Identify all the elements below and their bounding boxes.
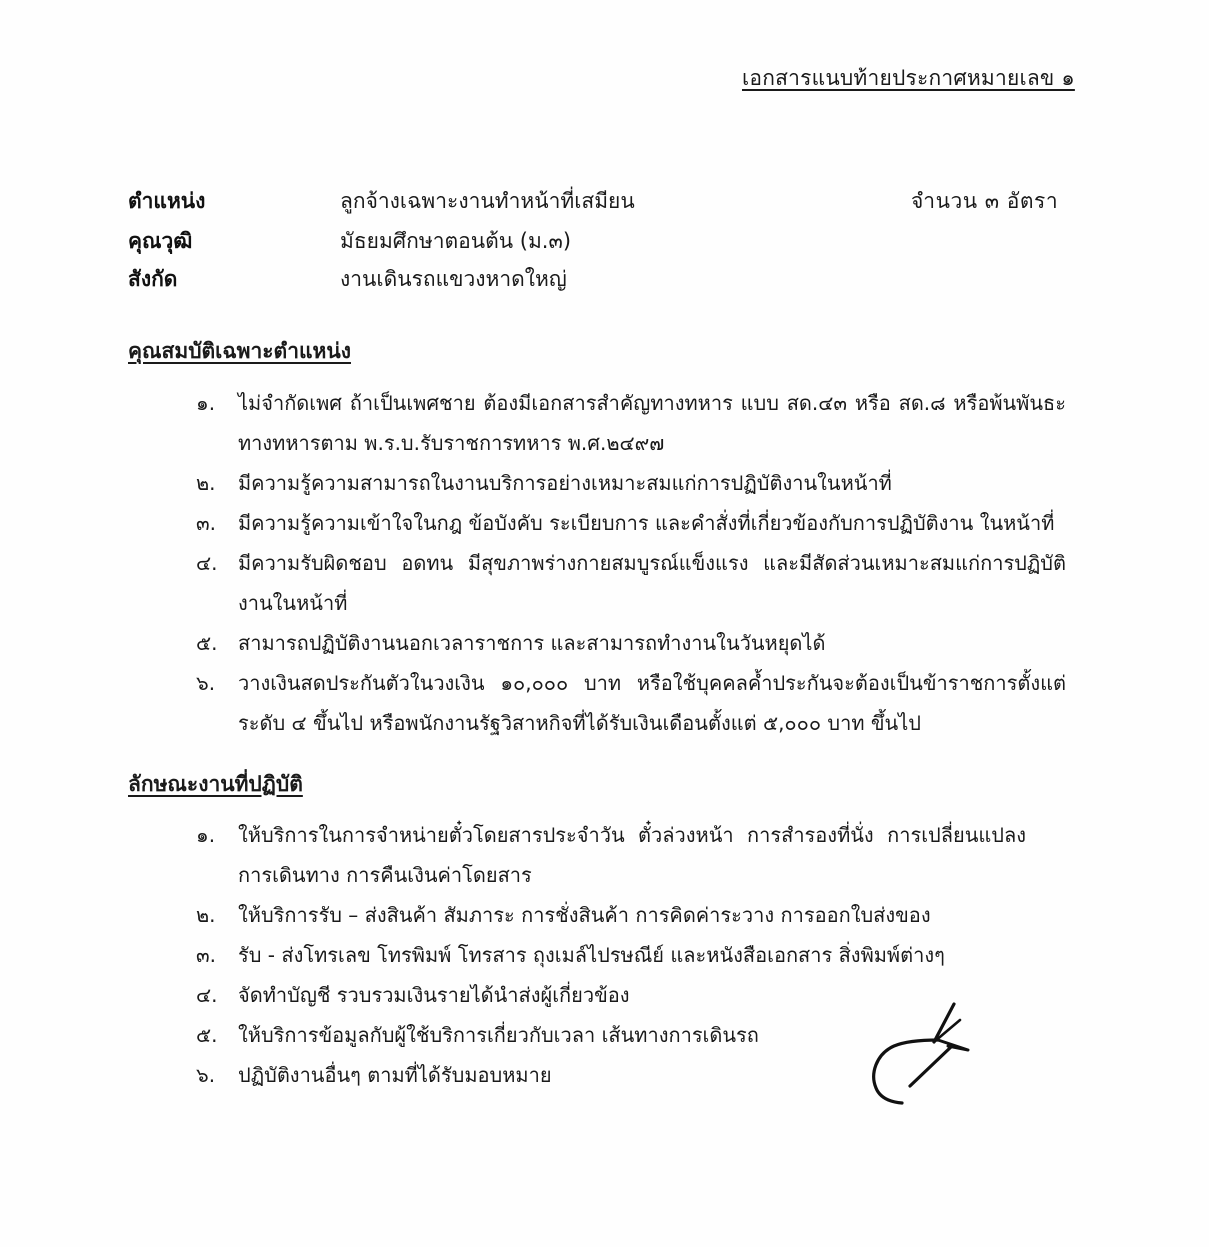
list-item: ๑. ให้บริการในการจำหน่ายตั๋วโดยสารประจำว… xyxy=(196,815,1026,895)
item-number: ๕. xyxy=(196,1015,218,1055)
affiliation-label: สังกัด xyxy=(128,259,177,299)
item-text: ให้บริการรับ – ส่งสินค้า สัมภาระ การชั่ง… xyxy=(238,895,1026,935)
annex-title: เอกสารแนบท้ายประกาศหมายเลข ๑ xyxy=(742,62,1075,95)
affiliation-value: งานเดินรถแขวงหาดใหญ่ xyxy=(340,259,567,299)
item-number: ๕. xyxy=(196,623,218,663)
document-page: เอกสารแนบท้ายประกาศหมายเลข ๑ ตำแหน่ง ลูก… xyxy=(0,0,1209,1247)
item-number: ๒. xyxy=(196,463,216,503)
item-text: มีความรู้ความสามารถในงานบริการอย่างเหมาะ… xyxy=(238,463,1066,503)
specific-qualifications-list: ๑. ไม่จำกัดเพศ ถ้าเป็นเพศชาย ต้องมีเอกสา… xyxy=(196,383,1066,743)
item-number: ๓. xyxy=(196,935,216,975)
item-text: ไม่จำกัดเพศ ถ้าเป็นเพศชาย ต้องมีเอกสารสำ… xyxy=(238,383,1066,463)
list-item: ๓. รับ - ส่งโทรเลข โทรพิมพ์ โทรสาร ถุงเม… xyxy=(196,935,1026,975)
item-number: ๔. xyxy=(196,975,218,1015)
position-label: ตำแหน่ง xyxy=(128,181,205,221)
list-item: ๓. มีความรู้ความเข้าใจในกฎ ข้อบังคับ ระเ… xyxy=(196,503,1066,543)
item-text: รับ - ส่งโทรเลข โทรพิมพ์ โทรสาร ถุงเมล์ไ… xyxy=(238,935,1026,975)
item-text: ให้บริการในการจำหน่ายตั๋วโดยสารประจำวัน … xyxy=(238,815,1026,895)
list-item: ๑. ไม่จำกัดเพศ ถ้าเป็นเพศชาย ต้องมีเอกสา… xyxy=(196,383,1066,463)
item-text: สามารถปฏิบัติงานนอกเวลาราชการ และสามารถท… xyxy=(238,623,1066,663)
list-item: ๒. มีความรู้ความสามารถในงานบริการอย่างเห… xyxy=(196,463,1066,503)
position-count: จำนวน ๓ อัตรา xyxy=(911,181,1058,221)
item-number: ๑. xyxy=(196,383,215,423)
list-item: ๔. มีความรับผิดชอบ อดทน มีสุขภาพร่างกายส… xyxy=(196,543,1066,623)
specific-qualifications-heading: คุณสมบัติเฉพาะตำแหน่ง xyxy=(128,335,351,368)
item-text: วางเงินสดประกันตัวในวงเงิน ๑๐,๐๐๐ บาท หร… xyxy=(238,663,1066,743)
qualification-label: คุณวุฒิ xyxy=(128,221,192,261)
item-number: ๖. xyxy=(196,1055,215,1095)
item-number: ๓. xyxy=(196,503,216,543)
item-number: ๖. xyxy=(196,663,215,703)
list-item: ๖. วางเงินสดประกันตัวในวงเงิน ๑๐,๐๐๐ บาท… xyxy=(196,663,1066,743)
item-text: มีความรับผิดชอบ อดทน มีสุขภาพร่างกายสมบู… xyxy=(238,543,1066,623)
item-number: ๒. xyxy=(196,895,216,935)
item-number: ๑. xyxy=(196,815,215,855)
job-duties-heading: ลักษณะงานที่ปฏิบัติ xyxy=(128,768,303,801)
qualification-value: มัธยมศึกษาตอนต้น (ม.๓) xyxy=(340,221,571,261)
list-item: ๒. ให้บริการรับ – ส่งสินค้า สัมภาระ การช… xyxy=(196,895,1026,935)
handwritten-signature-icon xyxy=(866,994,976,1106)
item-number: ๔. xyxy=(196,543,218,583)
position-value: ลูกจ้างเฉพาะงานทำหน้าที่เสมียน xyxy=(340,181,635,221)
item-text: มีความรู้ความเข้าใจในกฎ ข้อบังคับ ระเบีย… xyxy=(238,503,1066,543)
list-item: ๕. สามารถปฏิบัติงานนอกเวลาราชการ และสามา… xyxy=(196,623,1066,663)
